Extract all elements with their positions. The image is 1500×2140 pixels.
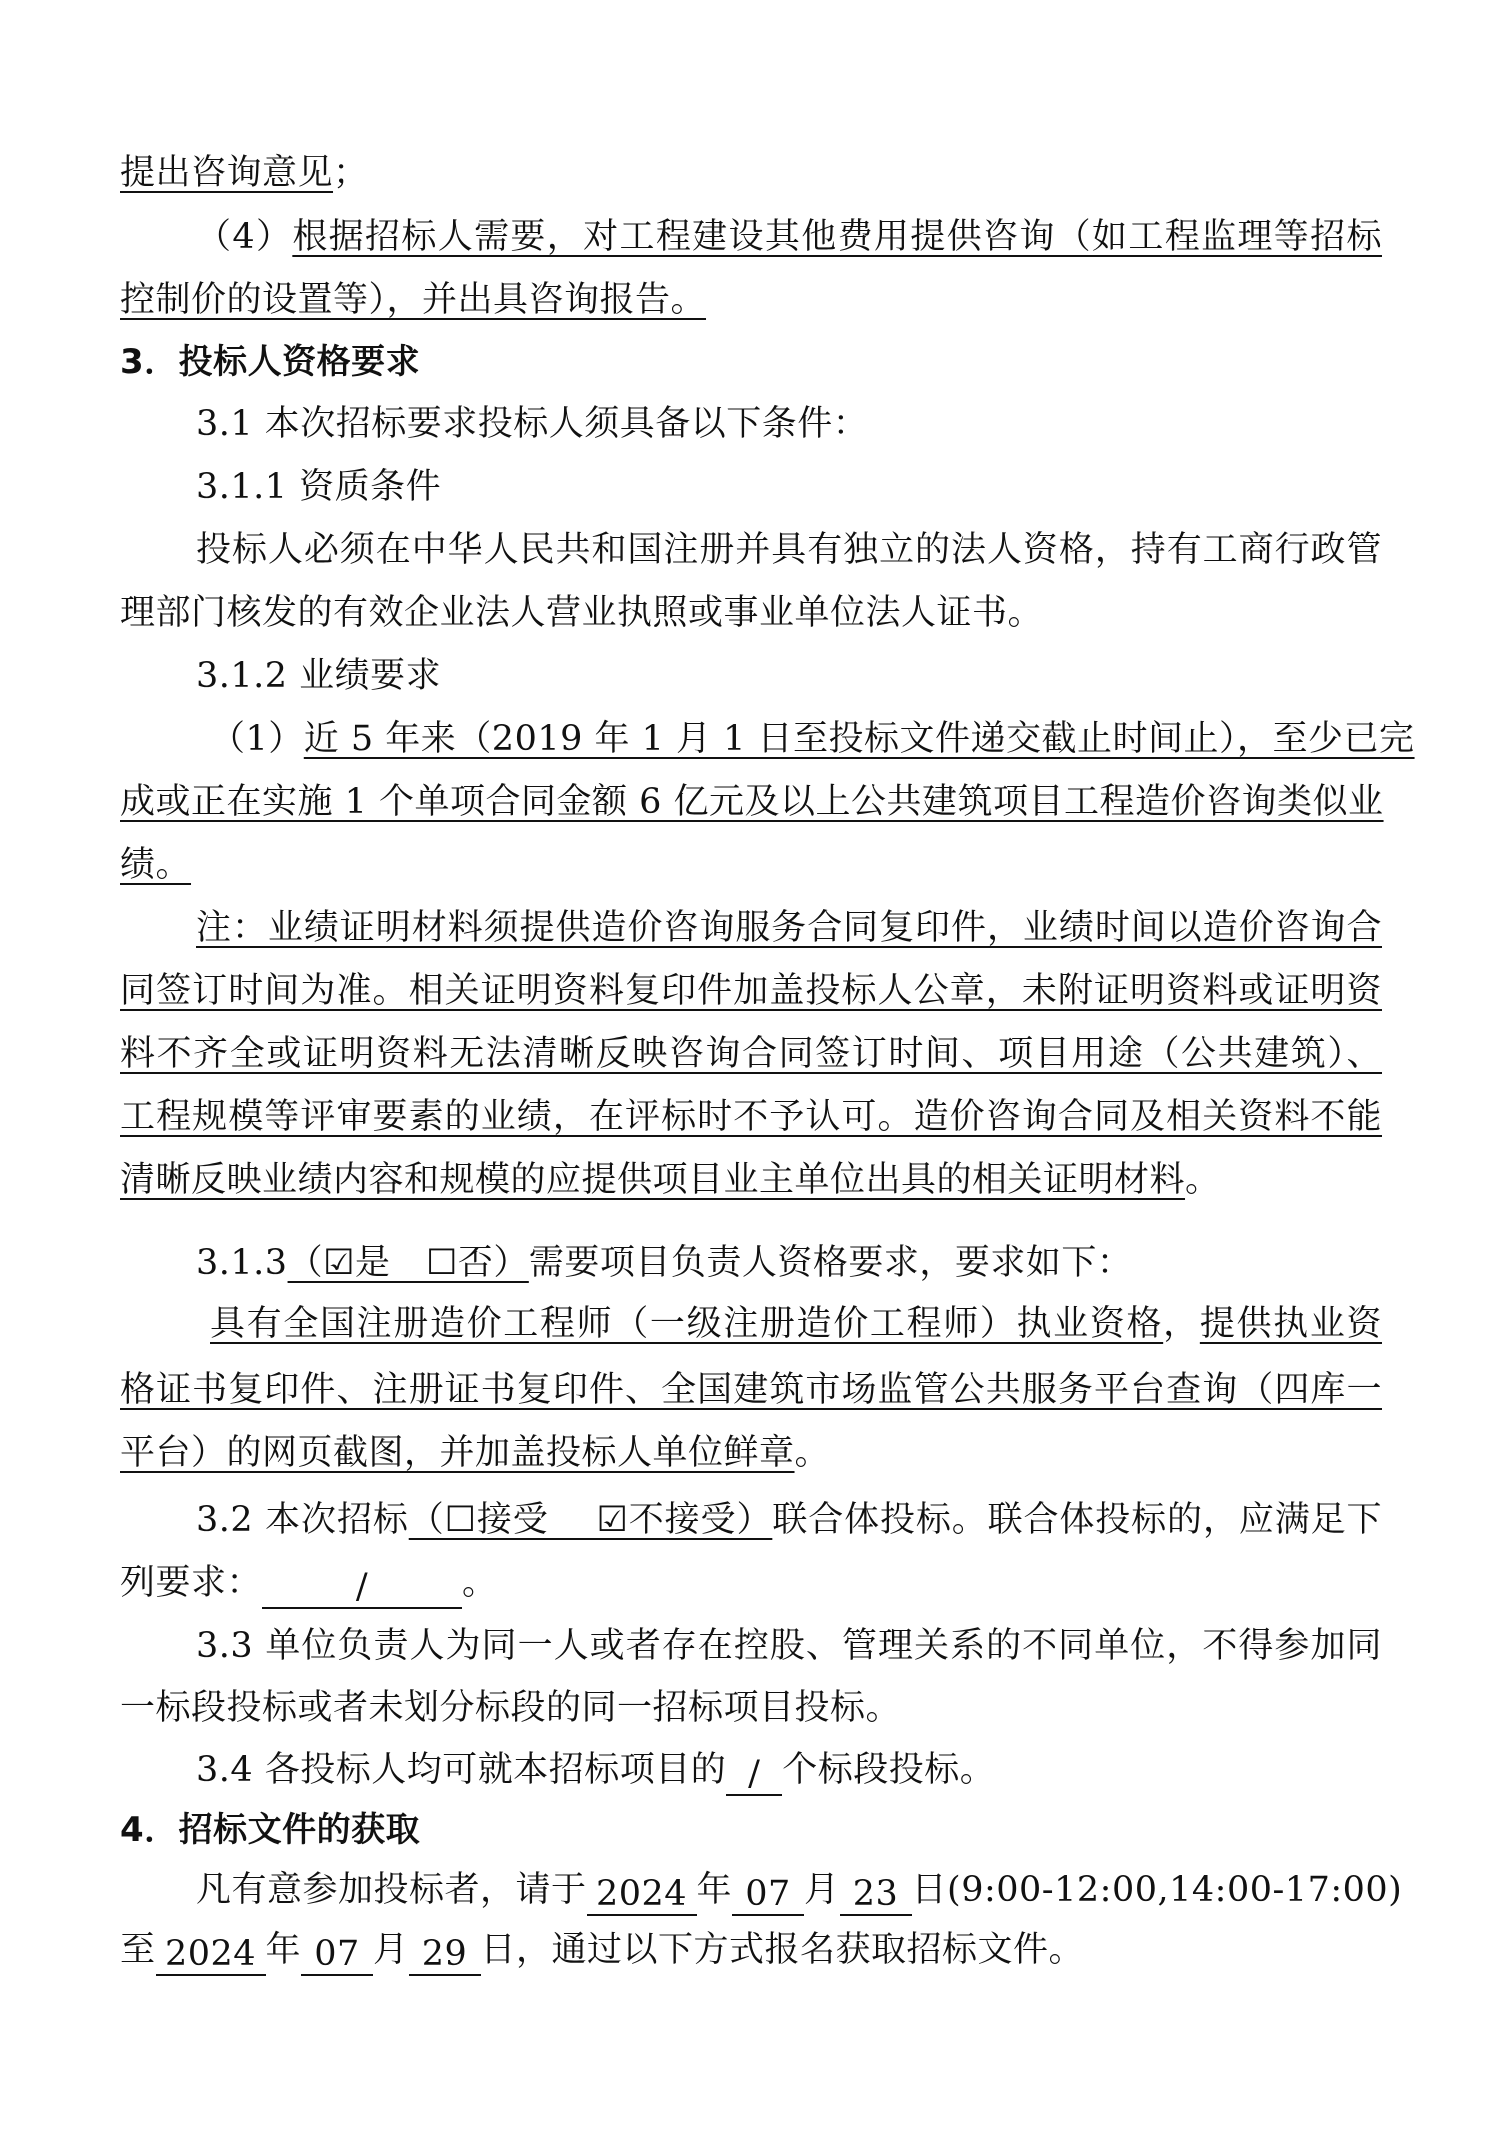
text-segment: 联合体投标。联合体投标的，应满足下 [772, 1500, 1382, 1540]
text-line: 具有全国注册造价工程师（一级注册造价工程师）执业资格，提供执业资 [210, 1292, 1382, 1356]
document-page: 提出咨询意见；（4）根据招标人需要，对工程建设其他费用提供咨询（如工程监理等招标… [0, 0, 1500, 2140]
text-segment: 。 [795, 1433, 831, 1473]
text-line: 料不齐全或证明资料无法清晰反映咨询合同签订时间、项目用途（公共建筑）、 [120, 1022, 1382, 1086]
text-line: 注：业绩证明材料须提供造价咨询服务合同复印件，业绩时间以造价咨询合 [196, 896, 1382, 960]
underlined-text: （☑是 ☐否） [288, 1243, 529, 1283]
fill-in-blank: / [726, 1754, 782, 1796]
text-line: 3.1.2 业绩要求 [196, 644, 1382, 708]
fill-in-blank: 07 [301, 1934, 373, 1976]
text-segment: （4） [196, 217, 292, 257]
text-line: 3.4 各投标人均可就本招标项目的/个标段投标。 [196, 1738, 1382, 1802]
text-segment: 3.1 本次招标要求投标人须具备以下条件： [196, 404, 868, 444]
text-segment: ， [1163, 1304, 1200, 1344]
text-segment: 一标段投标或者未划分标段的同一招标项目投标。 [120, 1688, 901, 1728]
underlined-text: 平台）的网页截图，并加盖投标人单位鲜章 [120, 1433, 795, 1473]
fill-in-blank: 23 [840, 1874, 912, 1916]
text-segment: 。 [1185, 1160, 1221, 1200]
text-line: 3.3 单位负责人为同一人或者存在控股、管理关系的不同单位，不得参加同 [196, 1614, 1382, 1678]
text-line: 凡有意参加投标者，请于2024年07月23日(9:00-12:00,14:00-… [196, 1858, 1382, 1922]
text-segment: 。 [462, 1563, 498, 1603]
text-segment: 日，通过以下方式报名获取招标文件。 [481, 1930, 1085, 1970]
underlined-text: 具有全国注册造价工程师（一级注册造价工程师）执业资格 [210, 1304, 1163, 1344]
text-segment: 3.1.1 资质条件 [196, 467, 441, 507]
text-line: （1）近 5 年来（2019 年 1 月 1 日至投标文件递交截止时间止），至少… [210, 707, 1382, 771]
text-segment: 3.2 本次招标 [196, 1500, 409, 1540]
text-segment: 理部门核发的有效企业法人营业执照或事业单位法人证书。 [120, 593, 1043, 633]
underlined-text: （☐接受 ☑不接受） [409, 1500, 773, 1540]
text-segment: 月 [373, 1930, 409, 1970]
underlined-text: 根据招标人需要，对工程建设其他费用提供咨询（如工程监理等招标 [292, 217, 1382, 257]
fill-in-blank: 29 [409, 1934, 481, 1976]
text-segment: 3．投标人资格要求 [120, 342, 420, 382]
fill-in-blank: 2024 [156, 1934, 266, 1976]
text-segment: 凡有意参加投标者，请于 [196, 1870, 587, 1910]
text-line: 3.1.3（☑是 ☐否）需要项目负责人资格要求，要求如下： [196, 1231, 1382, 1295]
underlined-text: 料不齐全或证明资料无法清晰反映咨询合同签订时间、项目用途（公共建筑）、 [120, 1034, 1382, 1074]
fill-in-blank: 07 [732, 1874, 804, 1916]
underlined-text: 提供执业资 [1200, 1304, 1382, 1344]
text-line: 理部门核发的有效企业法人营业执照或事业单位法人证书。 [120, 581, 1382, 645]
text-line: 列要求：/。 [120, 1551, 1382, 1615]
text-line: 3.1 本次招标要求投标人须具备以下条件： [196, 392, 1382, 456]
text-line: 3.1.1 资质条件 [196, 455, 1382, 519]
underlined-text: 工程规模等评审要素的业绩，在评标时不予认可。造价咨询合同及相关资料不能 [120, 1097, 1382, 1137]
text-segment: 日(9:00-12:00,14:00-17:00) [912, 1870, 1403, 1910]
text-line: （4）根据招标人需要，对工程建设其他费用提供咨询（如工程监理等招标 [196, 205, 1382, 269]
text-line: 格证书复印件、注册证书复印件、全国建筑市场监管公共服务平台查询（四库一 [120, 1358, 1382, 1422]
text-line: 工程规模等评审要素的业绩，在评标时不予认可。造价咨询合同及相关资料不能 [120, 1085, 1382, 1149]
text-segment: 4．招标文件的获取 [120, 1810, 420, 1850]
text-line: 清晰反映业绩内容和规模的应提供项目业主单位出具的相关证明材料。 [120, 1148, 1382, 1212]
section-heading: 3．投标人资格要求 [120, 330, 1382, 394]
text-line: 同签订时间为准。相关证明资料复印件加盖投标人公章，未附证明资料或证明资 [120, 959, 1382, 1023]
underlined-text: 绩。 [120, 845, 191, 885]
text-segment: （1） [210, 719, 304, 759]
text-segment: 月 [804, 1870, 840, 1910]
text-segment: 投标人必须在中华人民共和国注册并具有独立的法人资格，持有工商行政管 [196, 530, 1382, 570]
fill-in-blank: 2024 [587, 1874, 697, 1916]
text-line: 投标人必须在中华人民共和国注册并具有独立的法人资格，持有工商行政管 [196, 518, 1382, 582]
underlined-text: 注：业绩证明材料须提供造价咨询服务合同复印件，业绩时间以造价咨询合 [196, 908, 1382, 948]
text-segment: 3.3 单位负责人为同一人或者存在控股、管理关系的不同单位，不得参加同 [196, 1626, 1382, 1666]
text-line: 平台）的网页截图，并加盖投标人单位鲜章。 [120, 1421, 1382, 1485]
underlined-text: 近 5 年来（2019 年 1 月 1 日至投标文件递交截止时间止），至少已完 [304, 719, 1415, 759]
underlined-text: 格证书复印件、注册证书复印件、全国建筑市场监管公共服务平台查询（四库一 [120, 1370, 1382, 1410]
underlined-text: 清晰反映业绩内容和规模的应提供项目业主单位出具的相关证明材料 [120, 1160, 1185, 1200]
text-segment: 3.1.2 业绩要求 [196, 656, 441, 696]
text-segment: ； [333, 153, 369, 193]
text-line: 控制价的设置等），并出具咨询报告。 [120, 268, 1382, 332]
text-segment: 3.1.3 [196, 1243, 288, 1283]
fill-in-blank: / [262, 1567, 462, 1609]
text-segment: 个标段投标。 [782, 1750, 995, 1790]
text-line: 3.2 本次招标（☐接受 ☑不接受）联合体投标。联合体投标的，应满足下 [196, 1488, 1382, 1552]
text-line: 至2024年07月29日，通过以下方式报名获取招标文件。 [120, 1918, 1382, 1982]
text-segment: 3.4 各投标人均可就本招标项目的 [196, 1750, 726, 1790]
text-segment: 至 [120, 1930, 156, 1970]
text-segment: 年 [266, 1930, 302, 1970]
underlined-text: 控制价的设置等），并出具咨询报告。 [120, 280, 706, 320]
text-line: 绩。 [120, 833, 1382, 897]
text-segment: 列要求： [120, 1563, 262, 1603]
text-segment: 年 [697, 1870, 733, 1910]
text-line: 成或正在实施 1 个单项合同金额 6 亿元及以上公共建筑项目工程造价咨询类似业 [120, 770, 1382, 834]
underlined-text: 同签订时间为准。相关证明资料复印件加盖投标人公章，未附证明资料或证明资 [120, 971, 1382, 1011]
text-line: 提出咨询意见； [120, 141, 1382, 205]
text-line: 一标段投标或者未划分标段的同一招标项目投标。 [120, 1676, 1382, 1740]
text-segment: 需要项目负责人资格要求，要求如下： [529, 1243, 1133, 1283]
underlined-text: 提出咨询意见 [120, 153, 333, 193]
section-heading: 4．招标文件的获取 [120, 1798, 1382, 1862]
underlined-text: 成或正在实施 1 个单项合同金额 6 亿元及以上公共建筑项目工程造价咨询类似业 [120, 782, 1384, 822]
